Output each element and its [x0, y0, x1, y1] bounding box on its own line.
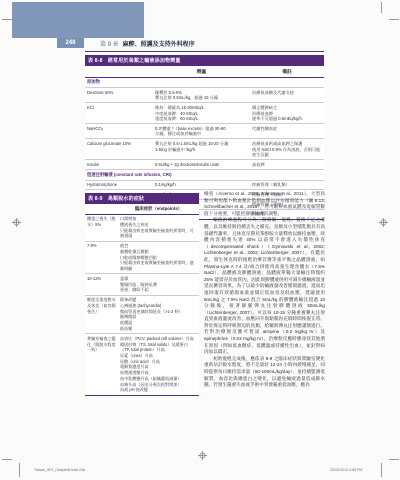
- table-dehydration-signs: 表 8-9 鳥類脫水的症狀 臨床症狀（endpoints） 體重之喪失（脫水）5…: [85, 193, 199, 396]
- table-8-9-body: 體重之喪失（脫水）5%口渴增加體液喪失之病史只能藉由病史或實驗室檢查的異常時，可…: [85, 215, 199, 395]
- notes-cell: 高血鉀: [250, 162, 324, 168]
- dose-line: 彈丸注射 0.5mL/kg，超過 15 分鐘: [155, 95, 248, 101]
- symptom-line: 血容比（PCV, packed cell volume）升高: [120, 336, 197, 342]
- dose-cell: 稀釋於 2.5-5%彈丸注射 0.5mL/kg，超過 15 分鐘: [153, 90, 250, 101]
- notes-cell: 治療低血鈣或高血鉀之保護使用 NaCl 0.9% 作為溶液，否則可能產生沉澱: [250, 141, 324, 158]
- table-row: Hydromorphone0.1mg/kg/h疼痛管理（哺乳類）: [85, 180, 324, 190]
- note-line: 速率不可超過 0.5mEq/kg/h: [252, 116, 322, 122]
- dose-cell: 維持：總量為 15-20mEq/L中度低血鉀：40 mEq/L重度低血鉀：60 …: [153, 105, 250, 122]
- running-header: 第 9 章麻醉、照護及支持外科程序: [100, 39, 195, 48]
- table-8-9-column-headers: 臨床症狀（endpoints）: [85, 204, 199, 215]
- registration-mark-icon: [12, 218, 21, 227]
- dose-line: 重度低血鉀：60 mEq/L: [155, 116, 248, 122]
- table-row: 實驗室檢查之變化（與脫水程度一致）血容比（PCV, packed cell vo…: [85, 333, 199, 394]
- column-header-blank: [85, 206, 118, 212]
- clinical-signs-cell: 血容比（PCV, packed cell volume）升高總固形物（TS, t…: [118, 336, 199, 393]
- crop-line: [389, 459, 399, 460]
- scanned-textbook-page: 248 第 9 章麻醉、照護及支持外科程序 表 8-8 經常用於鳥類之輸液添加物…: [0, 0, 400, 480]
- dehydration-level-cell: 實驗室檢查之變化（與脫水程度一致）: [85, 336, 118, 393]
- table-row: 7-8%倦怠黏膜乾燥且微黏口乾或眼窩輕微凹陷只能藉由病史或實驗室檢查的異常時，逐…: [85, 241, 199, 274]
- chapter-color-block: [12, 2, 144, 38]
- body-paragraph: 檢查（Acierno et al., 2008; Johnston et al.…: [204, 191, 325, 217]
- header-rule: [85, 51, 324, 52]
- footer-filename: Taiwan_9F2_Chapter8.indd 248: [34, 468, 85, 472]
- table-row: Calcium gluconate 10%彈丸注射 0.5-1.5mL/kg 超…: [85, 138, 324, 159]
- symptom-line: 總固形物（TS, total solids）及總蛋白（TP, total pro…: [120, 342, 197, 353]
- crop-line: [19, 463, 20, 477]
- symptom-line: 昏迷、側臥不起: [120, 287, 197, 293]
- column-header-notes: 備註: [250, 68, 324, 75]
- crop-line: [381, 463, 382, 477]
- dose-cell: 0.1mg/kg/h: [153, 182, 250, 188]
- crop-line: [2, 459, 12, 460]
- drug-name-cell: Insulin: [85, 162, 153, 168]
- column-header-dose: 劑量: [153, 68, 250, 75]
- note-line: 高血鉀: [252, 162, 322, 168]
- note-line: 使用 NaCl 0.9% 作為溶液，否則可能產生沉澱: [252, 147, 322, 158]
- table-section-row: 恆速注射輸液 (constant rate infusion, CRI): [85, 169, 324, 180]
- drug-name-cell: Hydromorphone: [85, 182, 153, 188]
- dose-line: 0.5U/kg + 2g dextrose/insulin units: [155, 162, 248, 168]
- symptom-line: 只能藉由病史或實驗室檢查的異常時，逐漸明顯: [120, 260, 197, 271]
- drug-name-cell: KCl: [85, 105, 153, 122]
- clinical-signs-cell: 精神改變心搏過速 (tachycardia)微血管再充填時間延長（>1-2 秒）…: [118, 297, 199, 331]
- notes-cell: 矯正體鉀缺乏治療低血鉀速率不可超過 0.5mEq/kg/h: [250, 105, 324, 122]
- footer-timestamp: 2023/10/12 4:58 PM: [330, 468, 362, 472]
- table-row: 體重之喪失（脫水）5%口渴增加體液喪失之病史只能藉由病史或實驗室檢查的異常時，可…: [85, 215, 199, 241]
- notes-cell: 代謝性酸血症: [250, 126, 324, 137]
- symptom-line: 血液 pH 值改變: [120, 387, 197, 393]
- dehydration-level-cell: 輕度至重度脫水及休克（血容積喪失）: [85, 297, 118, 331]
- column-header-clinical-signs: 臨床症狀（endpoints）: [118, 206, 199, 212]
- table-row: 輕度至重度脫水及休克（血容積喪失）精神改變心搏過速 (tachycardia)微…: [85, 295, 199, 334]
- table-8-8-title: 表 8-8 經常用於鳥類之輸液添加物劑量: [85, 55, 324, 66]
- table-section-row: 添加物: [85, 78, 324, 88]
- crop-line: [381, 2, 382, 13]
- chapter-title: 麻醉、照護及支持外科程序: [123, 42, 195, 48]
- dose-line: 分鐘，靜注或加於輸液中: [155, 131, 248, 137]
- notes-cell: 治療低血糖及代謝支持: [250, 90, 324, 101]
- crop-line: [389, 19, 399, 20]
- dose-cell: 0.3*體重 *（base excess）超過 30-60分鐘，靜注或加於輸液中: [153, 126, 250, 137]
- note-line: 治療低血糖及代謝支持: [252, 90, 322, 96]
- table-8-9-title: 表 8-9 鳥類脫水的症狀: [85, 193, 199, 204]
- drug-name-cell: Dextrose 50%: [85, 90, 153, 101]
- registration-mark-icon: [198, 451, 207, 460]
- dose-line: 0.1mg/kg/h: [155, 182, 248, 188]
- clinical-signs-cell: 倦怠黏膜乾燥且微黏口乾或眼窩輕微凹陷只能藉由病史或實驗室檢查的異常時，逐漸明顯: [118, 243, 199, 272]
- clinical-signs-cell: 口渴增加體液喪失之病史只能藉由病史或實驗室檢查的異常時，可被發現: [118, 216, 199, 239]
- note-line: 代謝性酸血症: [252, 126, 322, 132]
- table-row: 10-12%委靡雙眼凹陷、眼神呆滯昏迷、側臥不起: [85, 273, 199, 294]
- chapter-label: 第 9 章: [100, 42, 119, 48]
- dose-line: 1-5mg 於輸液中 /kg/h: [155, 147, 248, 153]
- table-row: NaHCO₃0.3*體重 *（base excess）超過 30-60分鐘，靜注…: [85, 123, 324, 138]
- page-number: 248: [57, 38, 84, 48]
- dehydration-level-cell: 7-8%: [85, 243, 118, 272]
- drug-name-cell: Calcium gluconate 10%: [85, 141, 153, 158]
- table-row: Insulin0.5U/kg + 2g dextrose/insulin uni…: [85, 159, 324, 169]
- table-8-8-column-headers: 劑量備註: [85, 66, 324, 78]
- drug-name-cell: NaHCO₃: [85, 126, 153, 137]
- symptom-line: 只能藉由病史或實驗室檢查的異常時，可被發現: [120, 228, 197, 239]
- dehydration-level-cell: 體重之喪失（脫水）5%: [85, 216, 118, 239]
- dose-cell: 彈丸注射 0.5-1.5mL/kg 超過 15-20 分鐘1-5mg 於輸液中 …: [153, 141, 250, 158]
- table-row: Dextrose 50%稀釋於 2.5-5%彈丸注射 0.5mL/kg，超過 1…: [85, 87, 324, 102]
- clinical-signs-cell: 委靡雙眼凹陷、眼神呆滯昏迷、側臥不起: [118, 276, 199, 293]
- note-line: 疼痛管理（哺乳類）: [252, 182, 322, 188]
- dose-cell: 0.5U/kg + 2g dextrose/insulin units: [153, 162, 250, 168]
- symptom-line: 低血壓: [120, 326, 197, 332]
- column-header-blank: [85, 68, 153, 75]
- body-text-column: 檢查（Acierno et al., 2008; Johnston et al.…: [204, 191, 325, 389]
- body-paragraph: 輸液治療過程可分為三個層級：復甦、置換不足之液體，以及維持與持續丟失之補充。鳥類…: [204, 217, 325, 355]
- dehydration-level-cell: 10-12%: [85, 276, 118, 293]
- crop-line: [2, 19, 12, 20]
- notes-cell: 疼痛管理（哺乳類）: [250, 182, 324, 188]
- body-paragraph: 初始復甦完成後，應依表 8-9 之臨床症狀與實驗室變化重新估計脫水程度，將不足量…: [204, 356, 325, 389]
- table-row: KCl維持：總量為 15-20mEq/L中度低血鉀：40 mEq/L重度低血鉀：…: [85, 102, 324, 123]
- registration-mark-icon: [379, 218, 388, 227]
